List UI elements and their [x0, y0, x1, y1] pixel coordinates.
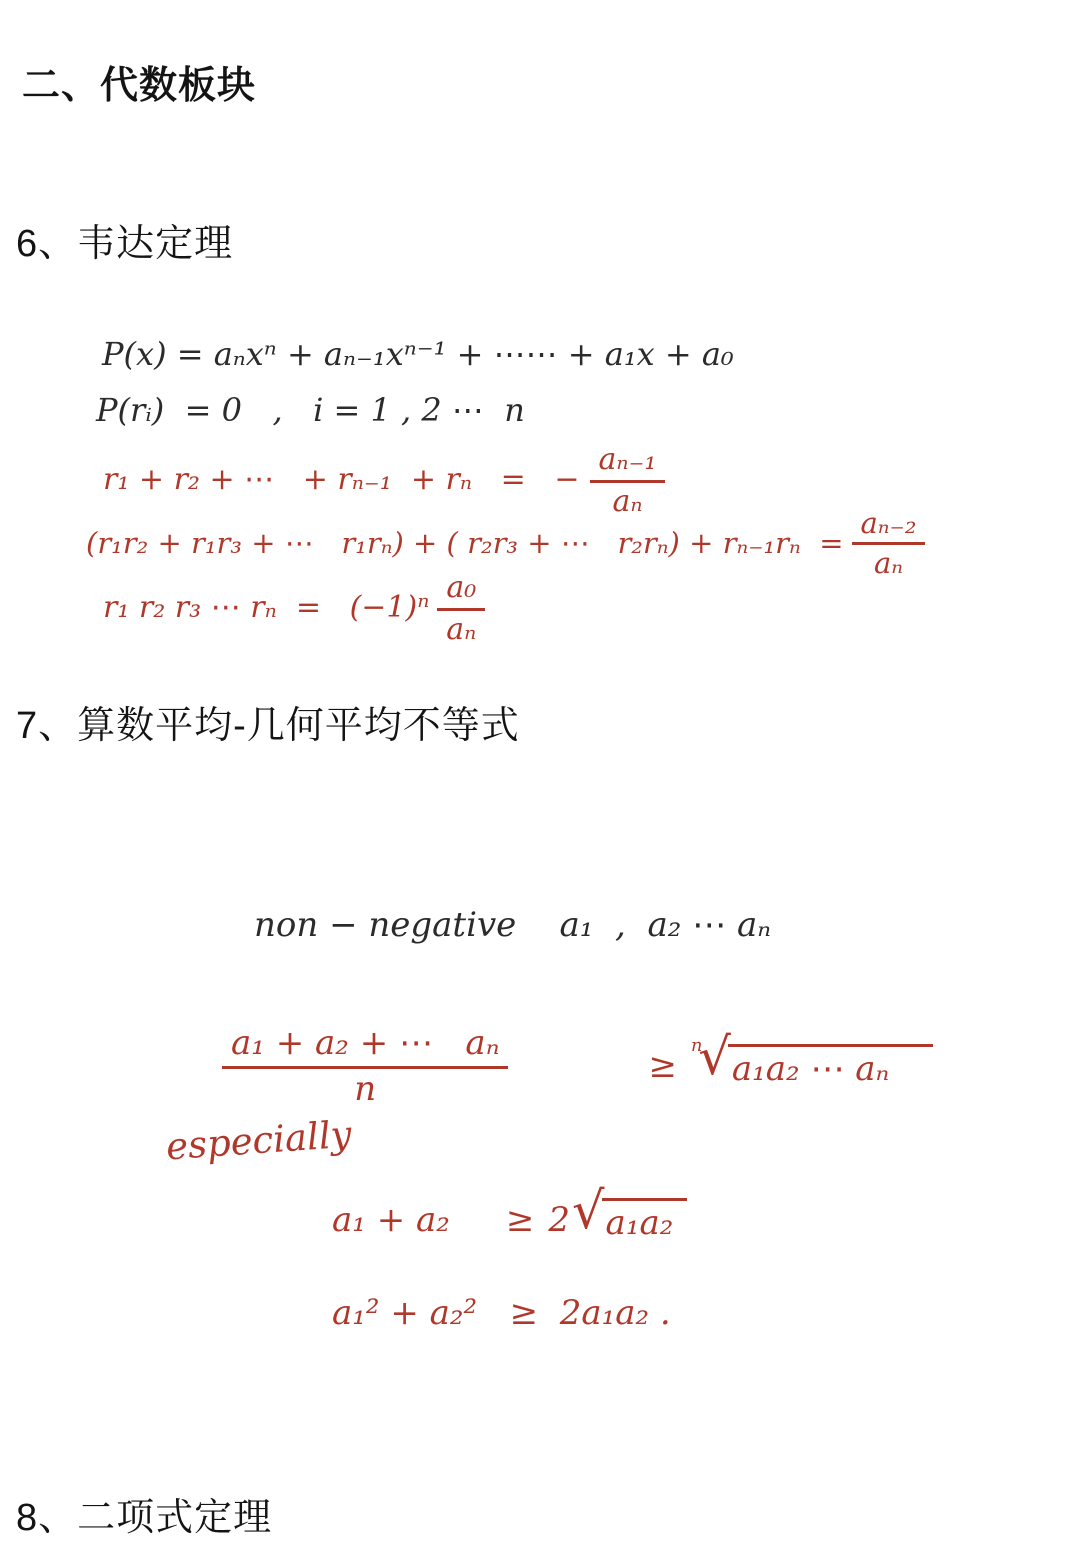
two-term-lhs: a₁ + a₂ [332, 1201, 450, 1240]
pairs-fraction-numerator: aₙ₋₂ [852, 508, 926, 545]
sum-fraction-numerator: aₙ₋₁ [590, 444, 666, 483]
two-term-square-root: √ a₁a₂ [572, 1198, 687, 1243]
product-fraction-numerator: a₀ [437, 572, 485, 611]
formula-vieta-sum-of-pairs: (r₁r₂ + r₁r₃ + ⋯ r₁rₙ) + ( r₂r₃ + ⋯ r₂rₙ… [86, 508, 925, 579]
root-body: a₁a₂ [602, 1198, 688, 1243]
formula-vieta-product-of-roots: r₁ r₂ r₃ ⋯ rₙ = (−1)ⁿ a₀ aₙ [103, 572, 485, 645]
formula-polynomial-text: P(x) = aₙxⁿ + aₙ₋₁xⁿ⁻¹ + ⋯⋯ + a₁x + a₀ [102, 336, 734, 373]
nonnegative-condition-text: non − negative a₁ , a₂ ⋯ aₙ [254, 906, 771, 945]
pairs-lhs: (r₁r₂ + r₁r₃ + ⋯ r₁rₙ) + ( r₂r₃ + ⋯ r₂rₙ… [86, 527, 844, 560]
formula-two-term-case: a₁ + a₂ ≥ 2 √ a₁a₂ [332, 1198, 687, 1243]
two-term-relation-sign: ≥ [506, 1201, 535, 1240]
radical-sign: √ [698, 1032, 731, 1083]
pairs-fraction: aₙ₋₂ aₙ [852, 508, 926, 579]
formula-roots-condition: P(rᵢ) = 0 , i = 1 , 2 ⋯ n [96, 392, 525, 429]
amgm-fraction-numerator: a₁ + a₂ + ⋯ aₙ [222, 1026, 508, 1069]
formula-polynomial: P(x) = aₙxⁿ + aₙ₋₁xⁿ⁻¹ + ⋯⋯ + a₁x + a₀ [102, 336, 734, 373]
amgm-nth-root: n √ a₁a₂ ⋯ aₙ [691, 1044, 933, 1089]
amgm-mean-fraction: a₁ + a₂ + ⋯ aₙ n [222, 1026, 508, 1107]
especially-label-text: especially [165, 1114, 353, 1169]
radical-sign: √ [572, 1186, 605, 1237]
formula-amgm-inequality: a₁ + a₂ + ⋯ aₙ n ≥ n √ a₁a₂ ⋯ aₙ [222, 1026, 933, 1107]
root-body: a₁a₂ ⋯ aₙ [728, 1044, 933, 1089]
two-term-coefficient: 2 [548, 1201, 570, 1240]
amgm-relation-sign: ≥ [648, 1047, 677, 1086]
heading-amgm-inequality: 7、算数平均-几何平均不等式 [16, 694, 520, 749]
product-fraction-denominator: aₙ [446, 611, 476, 646]
formula-vieta-sum-of-roots: r₁ + r₂ + ⋯ + rₙ₋₁ + rₙ = − aₙ₋₁ aₙ [103, 444, 665, 517]
formula-roots-condition-text: P(rᵢ) = 0 , i = 1 , 2 ⋯ n [96, 392, 525, 429]
squares-case-text: a₁² + a₂² ≥ 2a₁a₂ . [332, 1294, 671, 1333]
formula-nonnegative-condition: non − negative a₁ , a₂ ⋯ aₙ [254, 906, 771, 945]
pairs-fraction-denominator: aₙ [874, 545, 903, 578]
notes-page: 二、代数板块 6、韦达定理 P(x) = aₙxⁿ + aₙ₋₁xⁿ⁻¹ + ⋯… [0, 0, 1080, 1550]
sum-fraction: aₙ₋₁ aₙ [590, 444, 666, 517]
section-heading: 二、代数板块 [22, 54, 256, 109]
heading-binomial-theorem: 8、二项式定理 [16, 1486, 272, 1541]
amgm-fraction-denominator: n [354, 1069, 376, 1108]
formula-squares-case: a₁² + a₂² ≥ 2a₁a₂ . [332, 1294, 671, 1333]
sum-lhs: r₁ + r₂ + ⋯ + rₙ₋₁ + rₙ = − [103, 463, 580, 498]
product-fraction: a₀ aₙ [437, 572, 485, 645]
heading-vieta-theorem: 6、韦达定理 [16, 212, 233, 267]
especially-label: especially [165, 1114, 353, 1169]
product-lhs: r₁ r₂ r₃ ⋯ rₙ = (−1)ⁿ [103, 591, 429, 626]
